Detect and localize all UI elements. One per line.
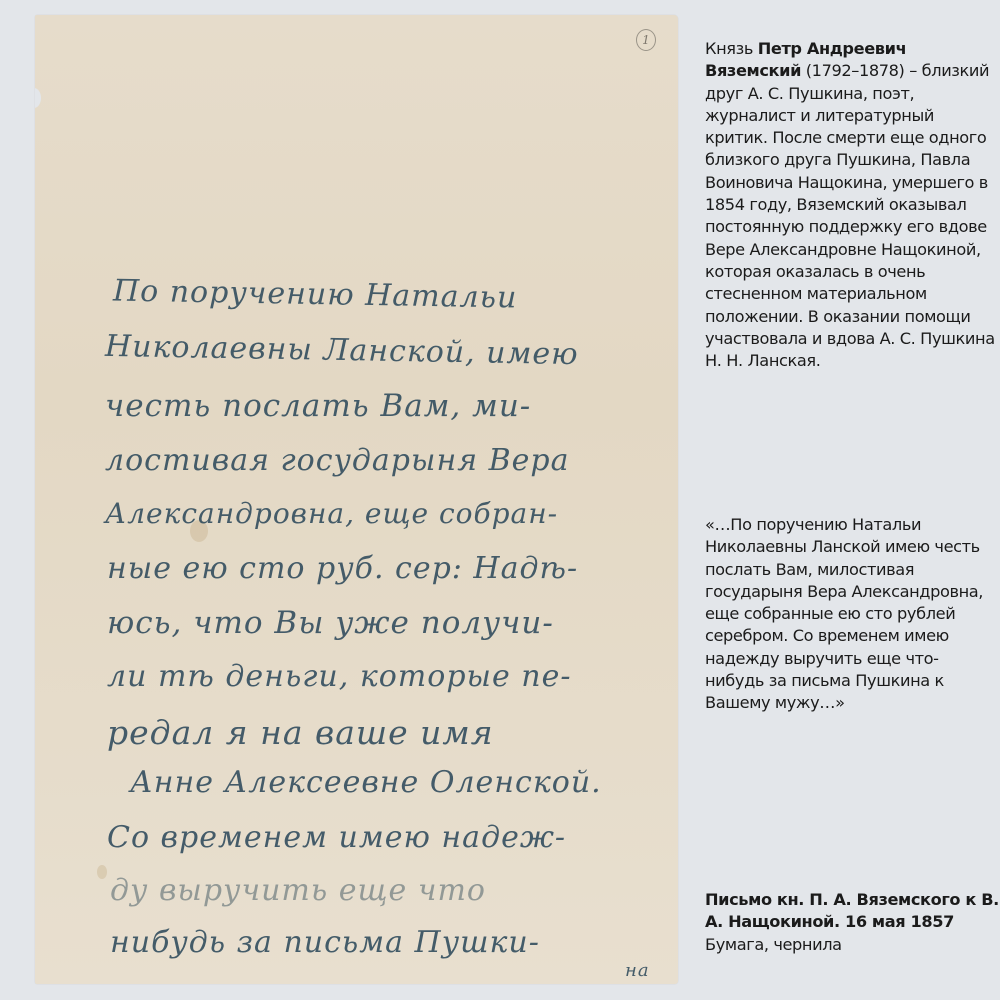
handwriting-line: Николаевны Ланской, имею — [105, 329, 579, 372]
handwriting-line: ду выручить еще что — [110, 873, 486, 908]
handwriting-line: нибудь за письма Пушки- — [110, 925, 540, 960]
caption-body: (1792–1878) – близкий друг А. С. Пушкина… — [705, 61, 995, 370]
ink-stain — [97, 865, 107, 879]
handwriting-line: ные ею сто руб. сер: Надѣ- — [107, 551, 578, 586]
handwriting-line: По поручению Натальи — [113, 273, 518, 315]
handwriting-line: Анне Алексеевне Оленской. — [130, 765, 602, 800]
handwriting-line: Александровна, еще собран- — [105, 497, 558, 530]
object-label: Письмо кн. П. А. Вяземского к В. А. Нащо… — [705, 889, 1000, 956]
biography-caption: Князь Петр Андреевич Вяземский (1792–187… — [705, 38, 995, 372]
handwriting-line: редал я на ваше имя — [107, 713, 494, 752]
caption-prefix: Князь — [705, 39, 758, 58]
paper-notch — [35, 88, 41, 108]
letter-quote: «…По поручению Натальи Николаевны Ланско… — [705, 514, 995, 715]
handwriting-line: юсь, что Вы уже получи- — [107, 605, 554, 641]
object-title: Письмо кн. П. А. Вяземского к В. А. Нащо… — [705, 889, 1000, 934]
handwriting-line: честь послать Вам, ми- — [105, 388, 531, 424]
handwriting-line: лостивая государыня Вера — [105, 443, 570, 478]
object-medium: Бумага, чернила — [705, 934, 1000, 956]
handwriting-line: Со временем имею надеж- — [107, 820, 566, 855]
letter-manuscript-page: 1 По поручению Натальи Николаевны Ланско… — [35, 15, 678, 984]
handwriting-line: ли тѣ деньги, которые пе- — [107, 659, 571, 694]
handwriting-line: на — [625, 960, 650, 981]
folio-number: 1 — [636, 29, 656, 51]
